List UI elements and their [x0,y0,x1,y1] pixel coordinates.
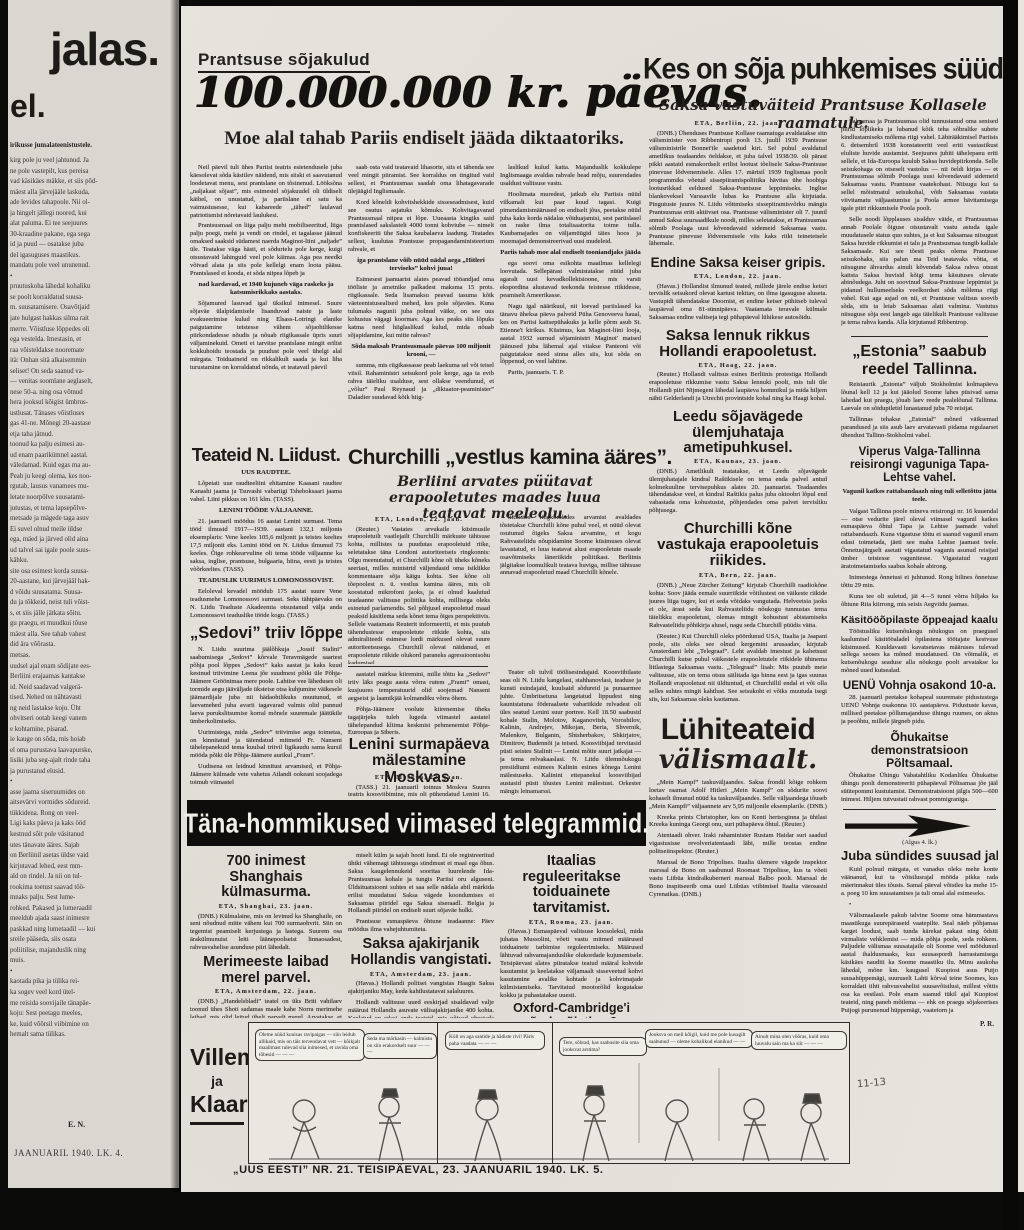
italy-headline: Itaalias reguleeritakse toiduainete tarv… [500,854,643,917]
page4-signature: E. N. [68,1120,85,1129]
paragraph: did ära võõrasta. [10,640,178,651]
paragraph: nad kardavad, et 1940 kujuneb väga raske… [190,281,342,297]
comic-title-line2: ja [190,1073,244,1089]
sailors-headline: Merimeeste laibad merel parvel. [190,955,342,986]
paragraph: ka sogev veel kord ütel- [10,988,178,999]
paragraph: mäest alla. See tahab vahest [10,630,178,641]
paragraph: ETA, Berliin, 22. jaan. [649,120,827,128]
war-guilt-col-1: ETA, Berliin, 22. jaan.(DNB.) Ühenduses … [649,118,827,251]
italy-body: ETA, Rooma, 23. jaan.(Havas.) Esmaspäeva… [500,919,643,1000]
paragraph: UUS RAUDTEE. [190,469,342,477]
lead-deck: Moe alal tahab Pariis endiselt jääda dik… [209,128,639,150]
kaiser-headline: Endine Saksa keiser gripis. [649,256,827,271]
lead-col-2: saab osta vaid teatavaid lihasorte, siis… [348,164,494,442]
paragraph: on Berliinil asetas üldse vaid [10,851,178,862]
paragraph: miselt külm ja sajab hooti lund. Ei ole … [348,852,494,915]
paragraph: Valgast Tallinna poole mineva reisirongi… [841,508,998,571]
paragraph: Eeloleval kevadel möödub 175 aastat suur… [190,588,342,620]
paragraph: toonud ka palju esimesi au- [10,440,178,451]
paragraph: (DNB.) „Handelsbladi” teatel on üks Brit… [190,998,342,1018]
paragraph: Prantsusmaal on liiga palju mehi mobilis… [190,222,342,277]
kaiser-body: ETA, London, 22. jaan.(Havas.) Hollandis… [649,273,827,322]
paragraph: d võidu suusatama. Suusa- [10,588,178,599]
paragraph: del igasuguses maastikus. [10,251,178,262]
scan-edge-black [1003,0,1018,1230]
paragraph: (Havas.) Esmaspäeval valitsuse koosoleku… [500,928,643,999]
paragraph: Neil päevil tuli ühes Pariisi teatris es… [190,164,342,219]
paragraph: hemalt sama tülikas. [10,1030,178,1041]
page4-lead-line: irikusse jumalateenistustele. [10,142,92,149]
paragraph: ne pole vastepilt, kus pereisa [10,167,178,178]
right-column-2: Saksamaa ja Prantsusmaa olid tunnustanud… [841,118,998,1180]
paragraph: Vagunil katkes rattabandaazh ning tuli s… [841,488,998,504]
paragraph: metsas. [10,651,178,662]
paragraph: merre. Võistluse lõppedes oli [10,325,178,336]
paragraph: Tallinnas tehakse „Estonial” mõned väiks… [841,416,998,440]
paragraph: Uudisena on leidnud kinnitust arvamised,… [190,763,342,787]
paragraph: ohvitseri ootab keegi vanem [10,714,178,725]
paragraph: ud enam paarikümnel aastal. [10,451,178,462]
briefs-header-line2: välismaalt. [649,745,827,775]
journalist-headline: Saksa ajakirjanik Hollandis vangistati. [348,937,494,968]
scan-edge-white [1018,0,1024,1192]
paragraph: pruutuskoha lähedal kohaliku [10,282,178,293]
paragraph: ETA, Amsterdam, 23. jaan. [348,971,494,979]
leedu-headline: Leedu sõjavägede ülemjuhataja ametipuhku… [649,409,827,456]
paragraph: paskkad ning lumetaadil — kui [10,925,178,936]
paragraph: ETA, London, 22. jaan. [649,273,827,281]
paragraph: gu praegu, et muudkui tõuse [10,619,178,630]
paragraph: kestnud sõit pole väsitanud [10,830,178,841]
paragraph: liitilistes ringkondades arvamist avalda… [500,514,641,577]
paragraph: hera jooksul kõigist ümbrus- [10,398,178,409]
page4-footer: JAANUARIL 1940. LK. 4. [14,1148,123,1158]
paragraph: id ja puud — osatakse juba [10,240,178,251]
uenu-headline: UENÜ Vohnja osakond 10-a. [841,680,998,692]
paragraph: (Reuter.) Kui Churchill oleks pöördunud … [649,633,827,704]
oxford-headline: Oxford-Cambridge'i sõudevõistlus 2. märt… [500,1002,643,1018]
paragraph: Ei suvel olnud meile üldse [10,525,178,536]
paragraph: uudsel ajal enam sõdijate ees- [10,662,178,673]
lenin-memorial-col-2: Teater oli tulvil töölisesindajaid. Koos… [500,669,641,798]
paragraph: me reisida soovijaile tänapäe- [10,999,178,1010]
journalist-body: ETA, Amsterdam, 23. jaan.(Havas.) Hollan… [348,971,494,1018]
comic-title-line1: Villem [190,1044,244,1071]
briefs-list: „Mein Kampf” taskuväljaandes. Saksa fron… [649,779,827,902]
paragraph: • [10,967,178,978]
paragraph: Sõda maksab Prantsusmaale päevas 100 mil… [348,343,494,359]
paragraph: meeldub ajada saast inimesre [10,914,178,925]
soviet-news-headline: Teateid N. Liidust. [190,444,342,466]
paragraph: rookima toetust saavad töö- [10,883,178,894]
paragraph: (Reuter.) Hollandi valitsus esines Berli… [649,371,827,403]
paragraph: (Havas.) Hollandi politsei vangistas Haa… [348,980,494,996]
paragraph: 21. jaanuaril möödus 16 aastat Lenini su… [190,518,342,573]
paragraph: sreile pääseda, siis osata [10,935,178,946]
paragraph: ETA, Shanghai, 23. jaan. [190,903,342,911]
lead-col-3: laslikud kulud katta. Majanduslik kokkul… [500,164,641,442]
paragraph: (Havas.) Hollandist ilmunud teated, mill… [649,283,827,323]
telegram-col-1: 700 inimest Shanghais külmasurma. ETA, S… [190,852,342,1018]
paragraph: Selle noodi lõpplauses sisalduv väide, e… [841,216,998,327]
paragraph: Reisiaurik „Estonia” väljub Stokholmist … [841,381,998,413]
paragraph: kähku. [10,556,178,567]
sailors-body: ETA, Amsterdam, 22. jaan.(DNB.) „Handels… [190,988,342,1018]
paragraph: Lõpetati uue raudteeliini ehitamine Kaas… [190,480,342,504]
paragraph: • [841,901,998,909]
uenu-body: 28. jaanuaril peetakse kohapeal suuremat… [841,694,998,726]
soviet-news-items: UUS RAUDTEE.Lõpetati uue raudteeliini eh… [190,469,342,619]
sedov-headline: „Sedovi” triiv lõppes. [190,624,342,643]
paragraph: LENINI TÖÖDE VÄLJAANNE. [190,507,342,515]
paragraph: ng neid lastakse koju. Üht [10,704,178,715]
paragraph: ega soovi oma esikohta maailmas kelleleg… [500,260,641,300]
churchill-talk-col-2: liitilistes ringkondades arvamist avalda… [500,514,641,664]
paragraph: ETA. Moskva, 22. jaan. [348,774,490,782]
shanghai-body: ETA, Shanghai, 23. jaan.(DNB.) Külmalain… [190,903,342,952]
ohukaitse-body: Õhukaitse Ühingu Vabatahtliku Kodanliku … [841,772,998,804]
telegram-banner: Täna-hommikused viimased telegrammid. [187,800,646,846]
paragraph: ETA, Rooma, 23. jaan. [500,919,643,927]
paragraph: Esimesest jaanuarist alates peavad tööan… [348,276,494,339]
paragraph: • [10,272,178,283]
shanghai-headline: 700 inimest Shanghais külmasurma. [190,854,342,901]
divider [851,336,988,337]
page-4-strip: jalas. el. irikusse jumalateenistustele.… [8,0,179,1188]
paragraph: (DNB.) Külmalaine, mis on levinud ka Sha… [190,913,342,953]
paragraph: Pariis, jaanuaris. T. P. [500,369,641,377]
paragraph: Uurimistega, mida „Sedov” triivimise aeg… [190,729,342,761]
sedov-body: N. Liidu suurima jäälõhkuja „Jossif Stal… [190,646,342,787]
divider [348,666,488,667]
divider [843,809,996,810]
war-guilt-col-2: Saksamaa ja Prantsusmaa olid tunnustanud… [841,118,998,330]
churchill-echo-body: ETA, Bern, 22. jaan.(DNB.) „Neue Zürcher… [649,570,827,706]
skis-signature: P. R. [841,1020,994,1028]
page4-headline-fragment-2: el. [10,88,46,125]
comic-strip: Oleme nüüd kuulsas ravipaigas — siin lei… [248,1022,850,1164]
paragraph: Prantsuse esmaspäeva õhtune teadaanne: P… [348,918,494,934]
paragraph: jate hulgast hakkas silma rait [10,314,178,325]
paragraph: TEADUSLIK UURIMUS LOMONOSSOVIST. [190,577,342,585]
paragraph: ald on rindel. Ja nii on tul- [10,872,178,883]
leedu-body: ETA, Kaunas, 23. jaan.(DNB.) Ametlikult … [649,458,827,515]
paragraph: Saksamaa ja Prantsusmaa olid tunnustanud… [841,118,998,213]
paragraph: gas 41-ne. Mõnegi 20-aastase [10,419,178,430]
paragraph: poliitilise, majanduslik ning [10,946,178,957]
paragraph: Kreeka prints Christopher, kes on Kenti … [649,814,827,830]
page-footer: „UUS EESTI” NR. 21. TEISIPÄEVAL, 23. JAA… [233,1164,604,1176]
paragraph: Põhja-Jäämere voolute kiirenemise üheks … [348,706,490,735]
paragraph: raa võisteldakse nooremate [10,346,178,357]
lenin-memorial-lead: ETA. Moskva, 22. jaan.(TASS.) 21. jaanua… [348,772,490,798]
paragraph: etja taha jätnud. [10,430,178,441]
paragraph: mäest alla järvejääle laskuda, [10,188,178,199]
paragraph: Ligi kaks päeva ja kaks ööd [10,819,178,830]
paragraph: Atentaadi ohver. Iraki rahaminister Rust… [649,832,827,856]
paragraph: ke, kuid võõrsil viibimine on [10,1020,178,1031]
paragraph: seliset! On seda saanud va- [10,367,178,378]
paragraph: „Mein Kampf” taskuväljaandes. Saksa fron… [649,779,827,811]
paragraph: aastatel märksa kiiremini, mille tõttu k… [348,671,490,703]
paragraph: Kuid polnud märgata, et vanadus oleks me… [841,866,998,898]
page4-text-fragments: kirg pole ju veel jahtunud. Jane pole va… [10,156,178,1116]
paragraph: (DNB.) „Neue Zürcher Zeitung” kirjutab C… [649,582,827,630]
paragraph: site osa esimest korda suusa- [10,567,178,578]
paragraph: Inimestega õnnetusi ei juhtunud. Rong hi… [841,574,998,590]
paragraph: m. suusatamisere. Osavõtjaid [10,303,178,314]
paragraph: asse jaama siseruumides on [10,788,178,799]
paragraph: Pariis tahab moe alal endiselt tooniandj… [500,249,641,257]
viperus-headline: Viperus Valga-Tallinna reisirongi vaguni… [841,446,998,486]
kasitoo-body: Tööstusliku kutsenõukogu nõukogus on pra… [841,628,998,676]
arrow-flash-graphic [845,815,971,837]
paragraph: id. Neid saadavad valgerä- [10,683,178,694]
churchill-echo-headline: Churchilli kõne vastukaja erapooletuis r… [649,521,827,568]
viperus-body: Vagunil katkes rattabandaazh ning tuli s… [841,488,998,608]
paragraph: Berliini erajaamas kantakse [10,672,178,683]
paragraph: ETA, London, 22. jaan. [348,516,490,524]
paragraph: letate noorpõlve suusatami- [10,493,178,504]
comic-title: Villem ja Klaar? [190,1044,244,1125]
comic-panel-illustration [249,1023,849,1163]
paragraph: mnaks palju. Sest lume- [10,893,178,904]
lead-col-1: Neil päevil tuli ühes Pariisi teatris es… [190,164,342,442]
paragraph: Sõjamured lasuvad igal üksikul inimesel.… [190,300,342,371]
paragraph: (TASS.) 21. jaanuaril toimus Moskva Suur… [348,784,490,798]
telegram-banner-text: Täna-hommikused viimased telegrammid. [184,807,649,839]
paragraph: utes tänavate ääres. Sajab [10,841,178,852]
paragraph: ega, mäed ja järved olid aina [10,535,178,546]
paragraph: nese 50-a. ning osa võtnud [10,388,178,399]
saksa-lennuk-headline: Saksa lennuk rikkus Hollandi erapooletus… [649,328,827,360]
paragraph: • [10,777,178,788]
telegram-col-2: miselt külm ja sajab hooti lund. Ei ole … [348,852,494,1018]
page4-headline-fragment: jalas. [50,22,159,76]
paragraph: ustlusat. Tänases võistluses [10,409,178,420]
paragraph: el oma purustava laavapurske, [10,746,178,757]
kasitoo-headline: Käsitööõpilaste õppeajad kaalumisel. [841,614,998,626]
ohukaitse-headline: Õhukaitse demonstratsioon Põltsamaal. [841,731,998,771]
skis-headline: Juba sündides suusad jalas. [841,848,998,863]
paragraph: ETA, Kaunas, 23. jaan. [649,458,827,466]
paragraph: Õhukaitse Ühingu Vabatahtliku Kodanliku … [841,772,998,804]
paragraph: itä: Onhan sitä alkaisemmin [10,356,178,367]
paragraph: saab osta vaid teatavaid lihasorte, siis… [348,164,494,196]
paragraph: tised. Nehed on nähtavasti [10,693,178,704]
paragraph: Välismaalasele pakub talvine Soome oma h… [841,912,998,1015]
paragraph: ie kauge on sõda, mis hoiab [10,735,178,746]
paragraph: 30-kraadine pakane, ega sega [10,230,178,241]
estonia-headline: „Estonia” saabub reedel Tallinna. [841,343,998,378]
paragraph: iga prantslane võib nüüd nädal aega „Hit… [348,257,494,273]
paragraph: ade levides tahapoole. Nii ol- [10,198,178,209]
paragraph: Teater oli tulvil töölisesindajaid. Koos… [500,669,641,796]
paragraph: ud talvel sai igale poole suus- [10,546,178,557]
war-guilt-headline: Kes on sõja puhkemises süüdi? [643,53,1003,86]
paragraph: Peab ju keegi olema, kes noo- [10,472,178,483]
paragraph: (DNB.) Ametlikult teatatakse, et Leedu s… [649,468,827,516]
briefs-header-line1: Lühiteateid [649,713,827,747]
paragraph: ja purustatud elusid. [10,767,178,778]
paragraph: kirjutavad lehed, eest mm- [10,862,178,873]
paragraph: kaotada pika ja tülika rei- [10,977,178,988]
paragraph: ja hingelt jällegi noored, kui [10,209,178,220]
paragraph: s, et siis jälle jätkata sõitu. [10,609,178,620]
paragraph: metsade ja mägede taga asuv [10,514,178,525]
paragraph: summa, mis riigikassasse peab laekuma se… [348,362,494,402]
paragraph: jutustas, et tema lapsepõlve- [10,504,178,515]
paragraph: Hollandi valitsuse uued eeskirjad sisald… [348,999,494,1018]
newspaper-scan: jalas. el. irikusse jumalateenistustele.… [0,0,1024,1230]
soviet-news-column: Teateid N. Liidust. UUS RAUDTEE.Lõpetati… [190,444,342,800]
paragraph: (Reuter.) Vastates arvukaile küsimusile … [348,526,490,664]
paragraph: Kord kõneldi kohvitshekkide sisseseadmis… [348,199,494,254]
telegram-col-3: Itaalias reguleeritakse toiduainete tarv… [500,852,643,1018]
paragraph: du ja tõkkeid, neist tuli võist- [10,598,178,609]
paragraph: Marssal de Bono Tripolises. Itaalia ülem… [649,859,827,899]
paragraph: ETA, Amsterdam, 22. jaan. [190,988,342,996]
sedov-continuation: aastatel märksa kiiremini, mille tõttu k… [348,671,490,735]
skis-body: Kuid polnud märgata, et vanadus oleks me… [841,866,998,1018]
paragraph: vad käsikäes mäkke, et siis põd- [10,177,178,188]
right-column-1: ETA, Berliin, 22. jaan.(DNB.) Ühenduses … [649,118,827,1180]
paragraph: rgutab, lausus vanamees mu- [10,482,178,493]
paragraph: rohked. Pakased ja lumeraadil [10,904,178,915]
paragraph: koju: Sest peetagu meeles, [10,1009,178,1020]
comic-title-line3: Klaar? [190,1091,244,1125]
paragraph: 20-aastane, kui järvejääl hak- [10,577,178,588]
paragraph: mandatu pole veel ununenud. [10,261,178,272]
paragraph: N. Liidu suurima jäälõhkuja „Jossif Stal… [190,646,342,725]
paragraph: Kuna tee oli suletud, jäi 4—5 tunni võrr… [841,593,998,609]
paragraph: — venitas soomlane aeglaselt, [10,377,178,388]
paragraph: ega vestelda. Imestasin, et [10,335,178,346]
estonia-body: Reisiaurik „Estonia” väljub Stokholmist … [841,381,998,439]
paragraph: ETA, Bern, 22. jaan. [649,572,827,580]
paragraph: tükkidena. Rong on veel- [10,809,178,820]
paragraph: (DNB.) Ühenduses Prantsuse Kollase raama… [649,130,827,249]
skis-continued-note: (Algus 4. lk.) [841,839,998,846]
paragraph: Nagu igal näärikuul, nii loevad pariisla… [500,303,641,366]
saksa-lennuk-body: ETA, Haag, 22. jaan.(Reuter.) Hollandi v… [649,362,827,403]
paragraph: laslikud kulud katta. Majanduslik kokkul… [500,164,641,188]
paragraph: lisiki juba seg-ajalt rinde taha [10,756,178,767]
paragraph: aitsevärvi vormides sõdureid. [10,798,178,809]
paragraph: se poolt korraldatud suusa- [10,293,178,304]
paragraph: muis. [10,956,178,967]
paragraph: alat paluma. Ei tee seejuures [10,219,178,230]
churchill-talk-col-1: ETA, London, 22. jaan.(Reuter.) Vastates… [348,514,490,664]
paragraph: väledamad. Kuid egas ma au- [10,461,178,472]
page-5: Prantsuse sõjakulud 100.000.000 kr. päev… [181,6,1003,1192]
paragraph: 28. jaanuaril peetakse kohapeal suuremat… [841,694,998,726]
paragraph: ETA, Haag, 22. jaan. [649,362,827,370]
western-front-continuation: miselt külm ja sajab hooti lund. Ei ole … [348,852,494,934]
paragraph: kirg pole ju veel jahtunud. Ja [10,156,178,167]
paragraph: e kohtamine, pisarad. [10,725,178,736]
paragraph: Tööstusliku kutsenõukogu nõukogus on pra… [841,628,998,676]
paragraph: Hoolimata muredest, jatkub elu Pariisis … [500,191,641,246]
churchill-talk-headline: Churchilli „vestlus kamina ääres”. [348,446,642,470]
